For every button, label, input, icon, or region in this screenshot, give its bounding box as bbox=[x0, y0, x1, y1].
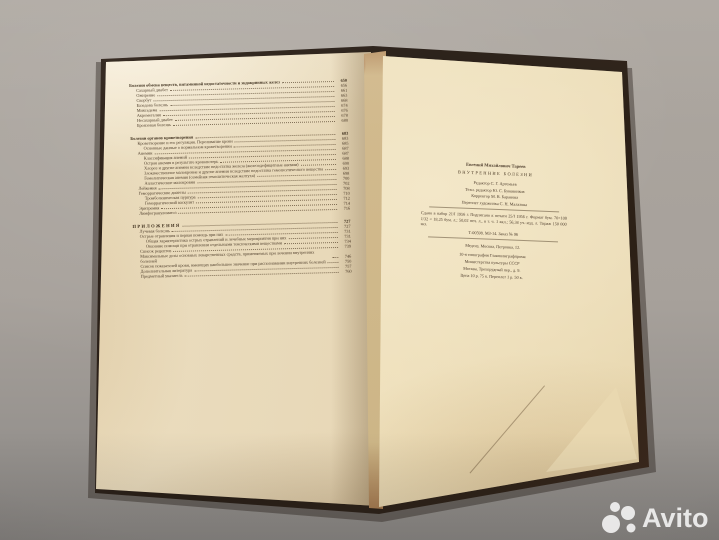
avito-logo-icon bbox=[601, 499, 639, 537]
book-photo-scene: Болезни обмена веществ, витаминной недос… bbox=[0, 0, 719, 540]
page-number: 716 bbox=[338, 206, 350, 211]
printer-block: 10-я типография Главполиграфпрома Минист… bbox=[417, 250, 568, 274]
page-number: 760 bbox=[340, 269, 352, 274]
table-of-contents: Болезни обмена веществ, витаминной недос… bbox=[129, 78, 352, 279]
avito-wordmark: Avito bbox=[642, 501, 709, 535]
avito-watermark: Avito bbox=[601, 499, 709, 537]
page-number: 680 bbox=[336, 118, 348, 123]
toc-entry-text: Бронзовая болезнь bbox=[137, 122, 171, 128]
toc-entry-text: Лимфогрануломатоз bbox=[139, 210, 176, 216]
dot-leader bbox=[332, 257, 338, 258]
credits-block: Редактор С. Г. Артемьев Техн. редактор Ю… bbox=[419, 178, 570, 210]
colophon: Евгений Михайлович Тареев ВНУТРЕННИЕ БОЛ… bbox=[417, 160, 571, 282]
toc-entry-text: Предметный указатель bbox=[141, 273, 183, 279]
page-number: 739 bbox=[339, 244, 351, 249]
